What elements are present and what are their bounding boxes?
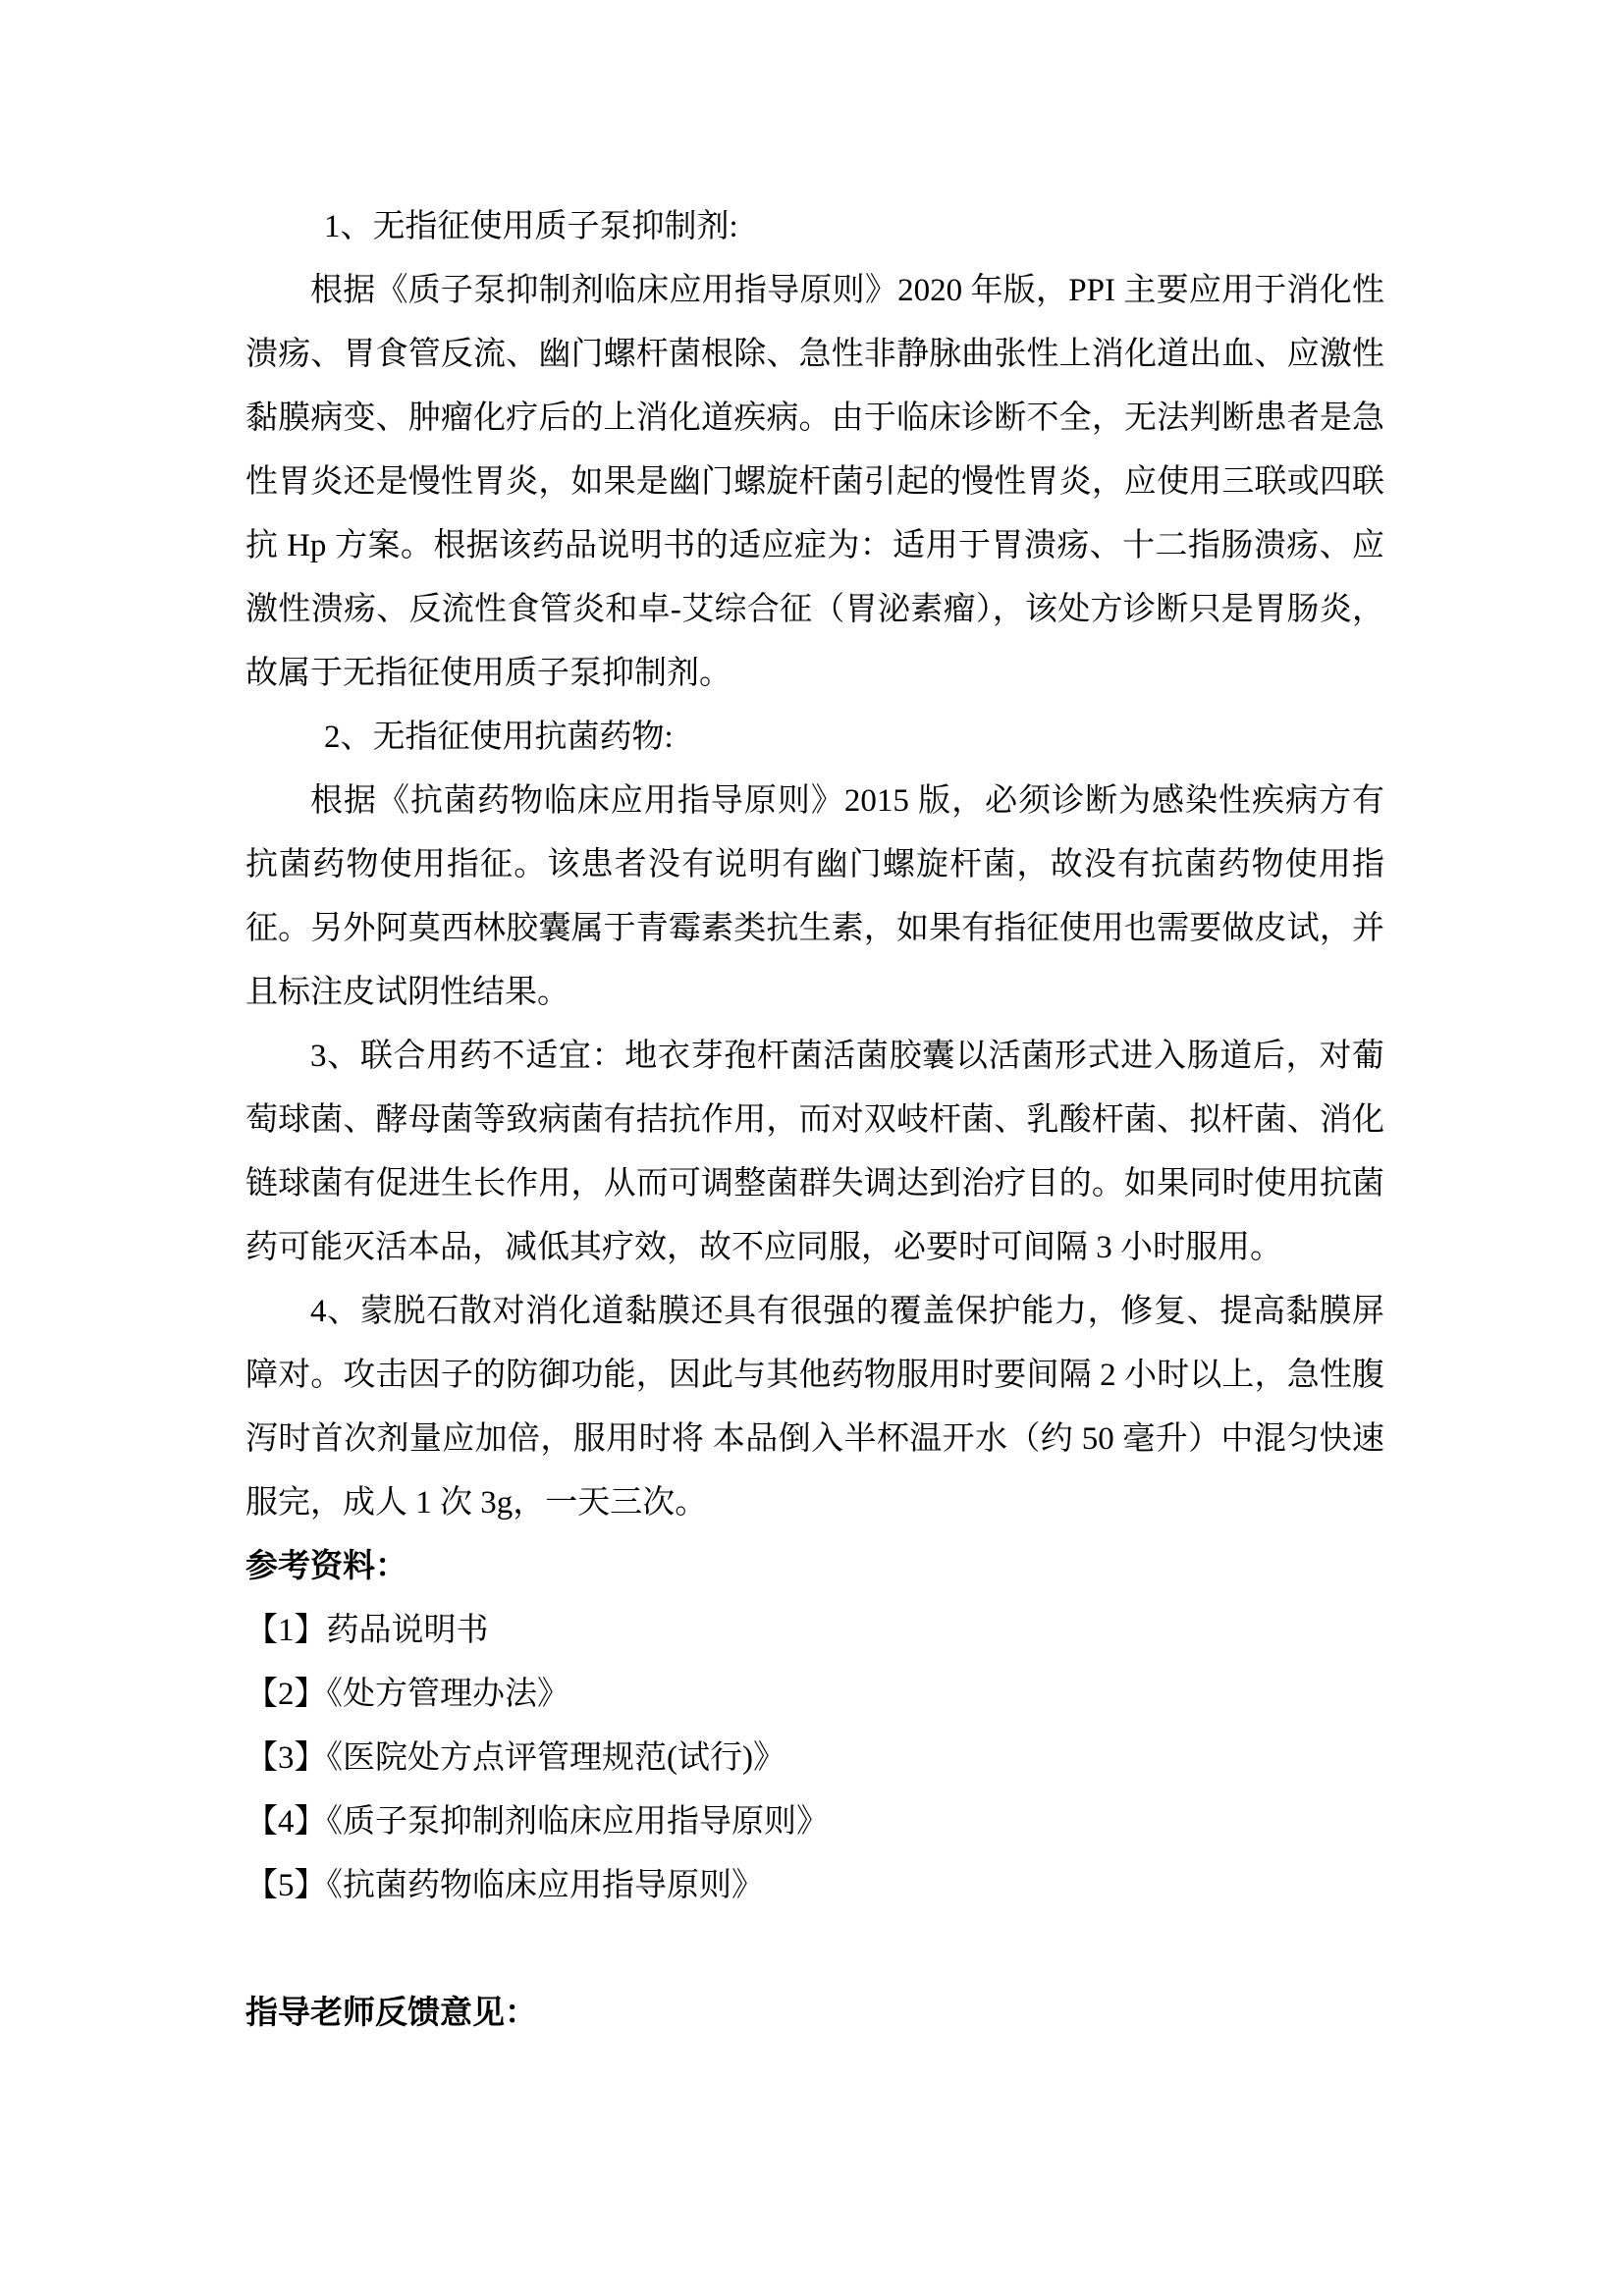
reference-item-2: 【2】《处方管理办法》	[245, 1663, 1384, 1727]
reference-item-4: 【4】《质子泵抑制剂临床应用指导原则》	[245, 1790, 1384, 1854]
section-1-heading: 1、无指征使用质子泵抑制剂:	[245, 195, 1384, 259]
section-2-paragraph: 根据《抗菌药物临床应用指导原则》2015 版，必须诊断为感染性疾病方有抗菌药物使…	[245, 770, 1384, 1025]
reference-item-3: 【3】《医院处方点评管理规范(试行)》	[245, 1727, 1384, 1790]
section-1-paragraph: 根据《质子泵抑制剂临床应用指导原则》2020 年版，PPI 主要应用于消化性溃疡…	[245, 259, 1384, 706]
document-page: 1、无指征使用质子泵抑制剂: 根据《质子泵抑制剂临床应用指导原则》2020 年版…	[0, 0, 1624, 2296]
section-2-heading: 2、无指征使用抗菌药物:	[245, 706, 1384, 770]
reference-item-5: 【5】《抗菌药物临床应用指导原则》	[245, 1854, 1384, 1918]
section-3-paragraph: 3、联合用药不适宜：地衣芽孢杆菌活菌胶囊以活菌形式进入肠道后，对葡萄球菌、酵母菌…	[245, 1025, 1384, 1280]
section-4-paragraph: 4、蒙脱石散对消化道黏膜还具有很强的覆盖保护能力，修复、提高黏膜屏障对。攻击因子…	[245, 1280, 1384, 1535]
reference-item-1: 【1】药品说明书	[245, 1599, 1384, 1663]
references-title: 参考资料：	[245, 1535, 1384, 1599]
feedback-section-title: 指导老师反馈意见：	[245, 1982, 1384, 2046]
